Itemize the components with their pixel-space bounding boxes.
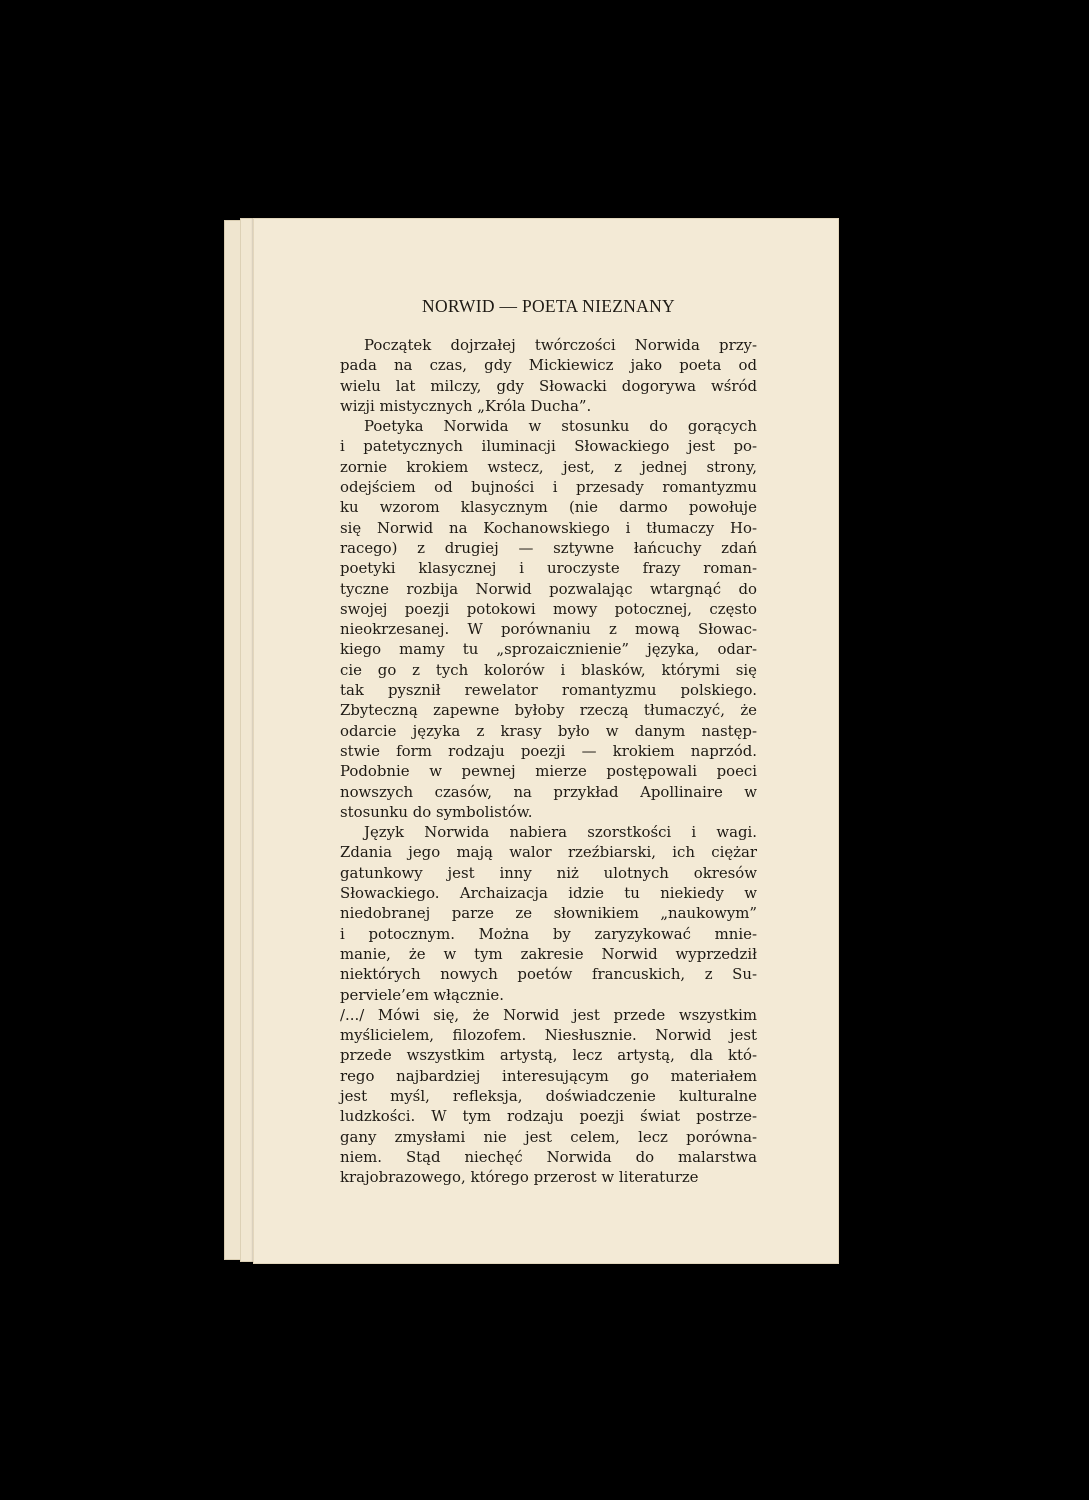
- text-line: jest myśl, refleksja, doświadczenie kult…: [340, 1086, 757, 1106]
- text-line: cie go z tych kolorów i blasków, którymi…: [340, 660, 757, 680]
- text-line: tyczne rozbija Norwid pozwalając wtargną…: [340, 579, 757, 599]
- text-line: wizji mistycznych „Króla Ducha”.: [340, 396, 757, 416]
- text-line: gatunkowy jest inny niż ulotnych okresów: [340, 863, 757, 883]
- text-line: pada na czas, gdy Mickiewicz jako poeta …: [340, 355, 757, 375]
- text-line: odejściem od bujności i przesady romanty…: [340, 477, 757, 497]
- text-line: kiego mamy tu „sprozaicznienie” języka, …: [340, 639, 757, 659]
- page-title: NORWID — POETA NIEZNANY: [340, 296, 757, 317]
- paragraph: Poetyka Norwida w stosunku do gorącychi …: [340, 416, 757, 822]
- text-line: gany zmysłami nie jest celem, lecz porów…: [340, 1127, 757, 1147]
- text-line: swojej poezji potokowi mowy potocznej, c…: [340, 599, 757, 619]
- text-line: nieokrzesanej. W porównaniu z mową Słowa…: [340, 619, 757, 639]
- paragraph: Język Norwida nabiera szorstkości i wagi…: [340, 822, 757, 1005]
- text-line: niektórych nowych poetów francuskich, z …: [340, 964, 757, 984]
- text-line: wielu lat milczy, gdy Słowacki dogorywa …: [340, 376, 757, 396]
- page-content: NORWID — POETA NIEZNANY Początek dojrzał…: [340, 296, 757, 1187]
- text-line: Początek dojrzałej twórczości Norwida pr…: [340, 335, 757, 355]
- text-line: /.../ Mówi się, że Norwid jest przede ws…: [340, 1005, 757, 1025]
- text-line: Słowackiego. Archaizacja idzie tu niekie…: [340, 883, 757, 903]
- text-line: Poetyka Norwida w stosunku do gorących: [340, 416, 757, 436]
- text-line: odarcie języka z krasy było w danym nast…: [340, 721, 757, 741]
- text-line: myślicielem, filozofem. Niesłusznie. Nor…: [340, 1025, 757, 1045]
- text-line: Podobnie w pewnej mierze postępowali poe…: [340, 761, 757, 781]
- text-line: perviele’em włącznie.: [340, 985, 757, 1005]
- text-line: manie, że w tym zakresie Norwid wyprzedz…: [340, 944, 757, 964]
- text-line: Zdania jego mają walor rzeźbiarski, ich …: [340, 842, 757, 862]
- text-line: Zbyteczną zapewne byłoby rzeczą tłumaczy…: [340, 700, 757, 720]
- text-line: ludzkości. W tym rodzaju poezji świat po…: [340, 1106, 757, 1126]
- text-line: i potocznym. Można by zaryzykować mnie-: [340, 924, 757, 944]
- paragraph: /.../ Mówi się, że Norwid jest przede ws…: [340, 1005, 757, 1188]
- text-line: rego najbardziej interesującym go materi…: [340, 1066, 757, 1086]
- text-line: poetyki klasycznej i uroczyste frazy rom…: [340, 558, 757, 578]
- text-line: nowszych czasów, na przykład Apollinaire…: [340, 782, 757, 802]
- text-line: tak pysznił rewelator romantyzmu polskie…: [340, 680, 757, 700]
- text-line: niedobranej parze ze słownikiem „naukowy…: [340, 903, 757, 923]
- text-line: i patetycznych iluminacji Słowackiego je…: [340, 436, 757, 456]
- front-page: NORWID — POETA NIEZNANY Początek dojrzał…: [253, 218, 839, 1264]
- text-line: racego) z drugiej — sztywne łańcuchy zda…: [340, 538, 757, 558]
- paragraph: Początek dojrzałej twórczości Norwida pr…: [340, 335, 757, 416]
- text-line: stosunku do symbolistów.: [340, 802, 757, 822]
- body-text: Początek dojrzałej twórczości Norwida pr…: [340, 335, 757, 1187]
- text-line: zornie krokiem wstecz, jest, z jednej st…: [340, 457, 757, 477]
- text-line: przede wszystkim artystą, lecz artystą, …: [340, 1045, 757, 1065]
- text-line: niem. Stąd niechęć Norwida do malarstwa: [340, 1147, 757, 1167]
- text-line: krajobrazowego, którego przerost w liter…: [340, 1167, 757, 1187]
- text-line: ku wzorom klasycznym (nie darmo powołuje: [340, 497, 757, 517]
- text-line: się Norwid na Kochanowskiego i tłumaczy …: [340, 518, 757, 538]
- text-line: stwie form rodzaju poezji — krokiem napr…: [340, 741, 757, 761]
- text-line: Język Norwida nabiera szorstkości i wagi…: [340, 822, 757, 842]
